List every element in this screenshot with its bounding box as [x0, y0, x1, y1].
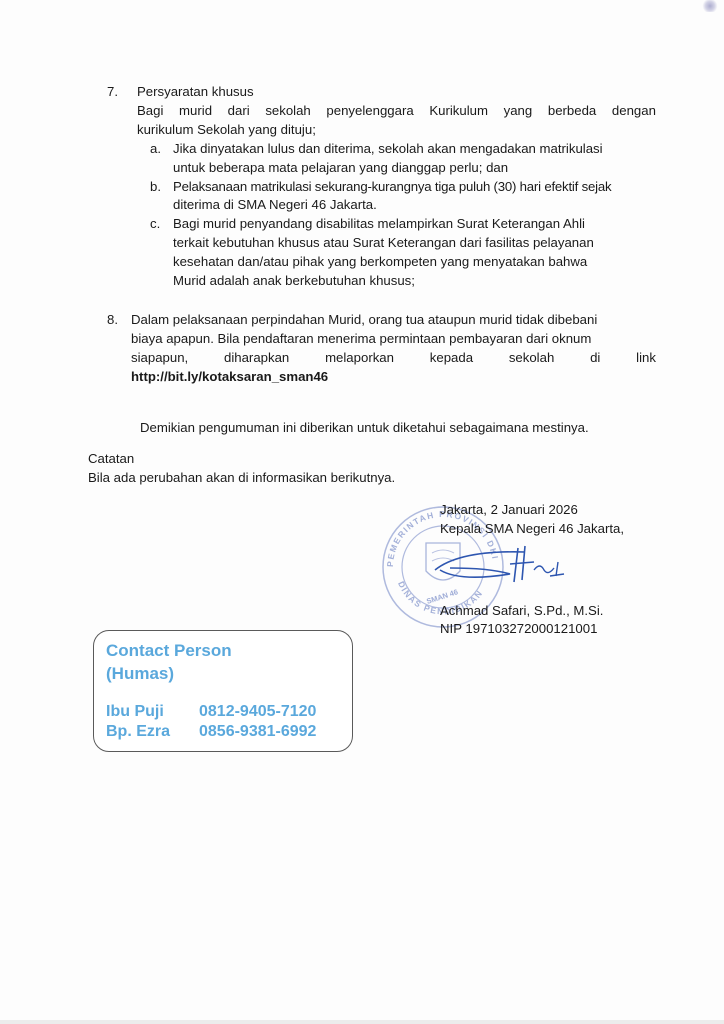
item8-line2: biaya apapun. Bila pendaftaran menerima … — [131, 331, 591, 347]
contact-title: Contact Person — [106, 641, 232, 661]
word: melaporkan — [325, 350, 394, 366]
signature-name: Achmad Safari, S.Pd., M.Si. — [440, 603, 603, 619]
closing-text: Demikian pengumuman ini diberikan untuk … — [140, 420, 589, 436]
item7a-label: a. — [150, 141, 161, 157]
word: sekolah — [265, 103, 310, 119]
signature-scribble — [430, 540, 570, 590]
note-title: Catatan — [88, 451, 134, 467]
item7a-line2: untuk beberapa mata pelajaran yang diang… — [173, 160, 508, 176]
scan-artifact — [702, 0, 718, 12]
page-edge — [0, 1020, 724, 1024]
word: penyelenggara — [326, 103, 413, 119]
contact-subtitle: (Humas) — [106, 664, 174, 684]
item7-title: Persyaratan khusus — [137, 84, 254, 100]
contact-phone-1[interactable]: 0812-9405-7120 — [199, 703, 316, 721]
signature-position: Kepala SMA Negeri 46 Jakarta, — [440, 521, 624, 537]
item8-line3: siapapun,diharapkanmelaporkankepadasekol… — [131, 350, 656, 366]
word: Kurikulum — [429, 103, 488, 119]
item7c-line3: kesehatan dan/atau pihak yang berkompete… — [173, 254, 587, 270]
word: sekolah — [509, 350, 554, 366]
contact-name-1: Ibu Puji — [106, 703, 164, 721]
contact-name-2: Bp. Ezra — [106, 723, 170, 741]
word: dari — [228, 103, 250, 119]
word: link — [636, 350, 656, 366]
item7c-label: c. — [150, 216, 160, 232]
item7b-line2: diterima di SMA Negeri 46 Jakarta. — [173, 197, 377, 213]
signature-nip: NIP 197103272000121001 — [440, 621, 597, 637]
word: siapapun, — [131, 350, 188, 366]
word: murid — [179, 103, 212, 119]
item7a-line1: Jika dinyatakan lulus dan diterima, seko… — [173, 141, 603, 157]
word: berbeda — [548, 103, 596, 119]
item7c-line2: terkait kebutuhan khusus atau Surat Kete… — [173, 235, 594, 251]
contact-phone-2[interactable]: 0856-9381-6992 — [199, 723, 316, 741]
item7-intro-line2: kurikulum Sekolah yang dituju; — [137, 122, 316, 138]
word: di — [590, 350, 600, 366]
item8-number: 8. — [107, 312, 118, 328]
item7-number: 7. — [107, 84, 118, 100]
word: diharapkan — [224, 350, 289, 366]
word: yang — [504, 103, 533, 119]
item7b-line1: Pelaksanaan matrikulasi sekurang-kurangn… — [173, 179, 611, 195]
signature-place-date: Jakarta, 2 Januari 2026 — [440, 502, 578, 518]
word: kepada — [430, 350, 473, 366]
word: dengan — [612, 103, 656, 119]
note-text: Bila ada perubahan akan di informasikan … — [88, 470, 395, 486]
report-link[interactable]: http://bit.ly/kotaksaran_sman46 — [131, 369, 328, 385]
item8-line1: Dalam pelaksanaan perpindahan Murid, ora… — [131, 312, 597, 328]
item7c-line4: Murid adalah anak berkebutuhan khusus; — [173, 273, 415, 289]
word: Bagi — [137, 103, 163, 119]
item7b-label: b. — [150, 179, 161, 195]
item7c-line1: Bagi murid penyandang disabilitas melamp… — [173, 216, 585, 232]
contact-person-box: Contact Person (Humas) Ibu Puji 0812-940… — [93, 630, 353, 752]
item7-intro-line1: BagimuriddarisekolahpenyelenggaraKurikul… — [137, 103, 656, 119]
document-page: 7. Persyaratan khusus Bagimuriddarisekol… — [0, 0, 724, 1024]
